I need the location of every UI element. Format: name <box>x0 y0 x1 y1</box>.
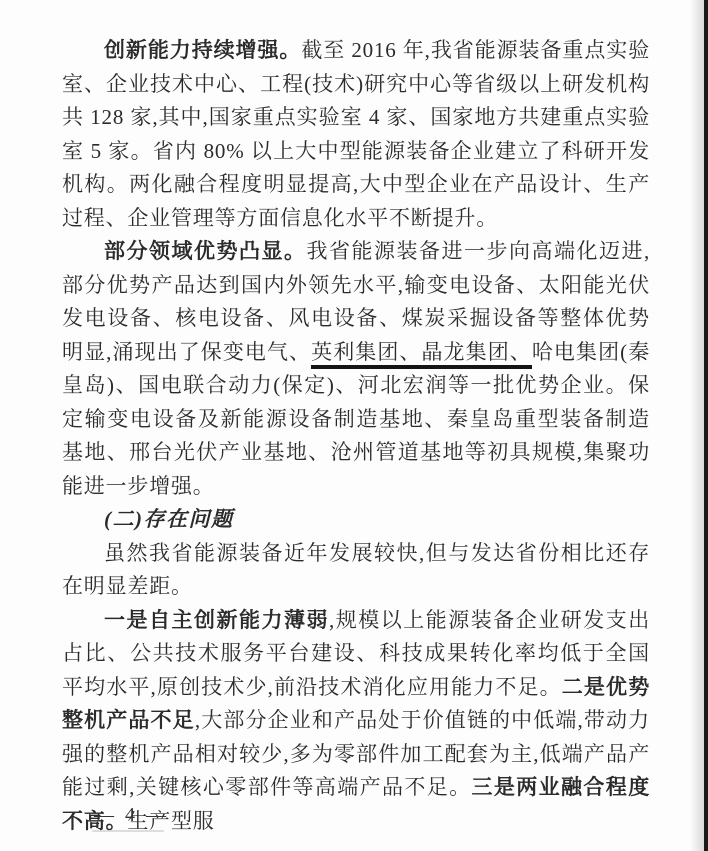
bold-lead-run: (二)存在问题 <box>104 507 234 531</box>
text-run: 虽然我省能源装备近年发展较快,但与发达省份相比还存在明显差距。 <box>62 541 650 599</box>
paragraph: 部分领域优势凸显。我省能源装备进一步向高端化迈进,部分优势产品达到国内外领先水平… <box>62 235 650 503</box>
paragraph: 创新能力持续增强。截至 2016 年,我省能源装备重点实验室、企业技术中心、工程… <box>62 34 650 235</box>
scan-smudge-artifact <box>92 830 164 832</box>
bold-lead-run: 一是自主创新能力薄弱 <box>104 608 329 632</box>
document-text-block: 创新能力持续增强。截至 2016 年,我省能源装备重点实验室、企业技术中心、工程… <box>62 34 650 838</box>
paragraph: 虽然我省能源装备近年发展较快,但与发达省份相比还存在明显差距。 <box>62 537 650 604</box>
scanned-document-page: 创新能力持续增强。截至 2016 年,我省能源装备重点实验室、企业技术中心、工程… <box>0 0 708 851</box>
bold-lead-run: 部分领域优势凸显。 <box>104 239 306 263</box>
section-heading: (二)存在问题 <box>62 503 650 537</box>
page-number: — 4 — <box>94 804 169 827</box>
bold-lead-run: 创新能力持续增强。 <box>104 38 301 62</box>
scan-edge-shading <box>690 0 704 851</box>
text-run: 截至 2016 年,我省能源装备重点实验室、企业技术中心、工程(技术)研究中心等… <box>62 38 650 230</box>
scan-edge-border <box>704 0 708 851</box>
underlined-company-names: 英利集团、晶龙集团、 <box>311 340 532 369</box>
paragraph: 一是自主创新能力薄弱,规模以上能源装备企业研发支出占比、公共技术服务平台建设、科… <box>62 604 650 839</box>
